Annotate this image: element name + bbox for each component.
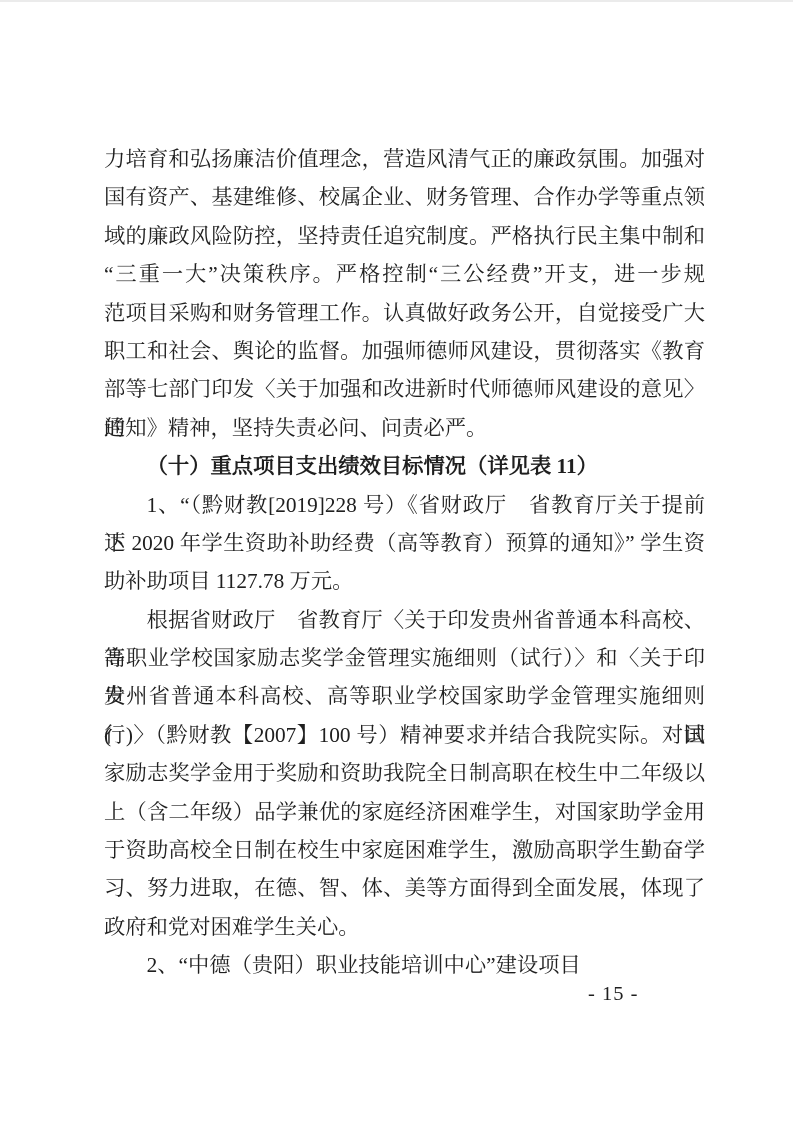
text-line: 政府和党对困难学生关心。 <box>104 908 705 946</box>
text-line: 职工和社会、舆论的监督。加强师德师风建设，贯彻落实《教育 <box>104 332 705 370</box>
text-line: 家励志奖学金用于奖励和资助我院全日制高职在校生中二年级以 <box>104 754 705 792</box>
text-line: 上（含二年级）品学兼优的家庭经济困难学生，对国家助学金用 <box>104 793 705 831</box>
text-line: 达 2020 年学生资助补助经费（高等教育）预算的通知》” 学生资 <box>104 524 705 562</box>
text-line: 2、“中德（贵阳）职业技能培训中心”建设项目 <box>104 946 705 984</box>
text-line: 等职业学校国家励志奖学金管理实施细则（试行）〉和〈关于印发 <box>104 639 705 677</box>
page-top-edge <box>0 0 793 2</box>
text-line: 通知》精神，坚持失责必问、问责必严。 <box>104 409 705 447</box>
text-line: 域的廉政风险防控，坚持责任追究制度。严格执行民主集中制和 <box>104 217 705 255</box>
text-line: 范项目采购和财务管理工作。认真做好政务公开，自觉接受广大 <box>104 294 705 332</box>
section-heading-line: （十）重点项目支出绩效目标情况（详见表 11） <box>104 447 705 485</box>
document-page-body: 力培育和弘扬廉洁价值理念，营造风清气正的廉政氛围。加强对国有资产、基建维修、校属… <box>104 140 705 985</box>
text-line: 于资助高校全日制在校生中家庭困难学生，激励高职学生勤奋学 <box>104 831 705 869</box>
text-line: 国有资产、基建维修、校属企业、财务管理、合作办学等重点领 <box>104 178 705 216</box>
text-line: 习、努力进取，在德、智、体、美等方面得到全面发展，体现了 <box>104 869 705 907</box>
text-line: 力培育和弘扬廉洁价值理念，营造风清气正的廉政氛围。加强对 <box>104 140 705 178</box>
text-line: 部等七部门印发〈关于加强和改进新时代师德师风建设的意见〉的 <box>104 370 705 408</box>
page-number: - 15 - <box>588 982 638 1006</box>
text-line: 根据省财政厅 省教育厅〈关于印发贵州省普通本科高校、高 <box>104 601 705 639</box>
text-line: “三重一大”决策秩序。严格控制“三公经费”开支，进一步规 <box>104 255 705 293</box>
text-line: 贵州省普通本科高校、高等职业学校国家助学金管理实施细则(试 <box>104 677 705 715</box>
text-line: 1、“（黔财教[2019]228 号）《省财政厅 省教育厅关于提前下 <box>104 486 705 524</box>
text-line: 行)〉（黔财教【2007】100 号）精神要求并结合我院实际。对国 <box>104 716 705 754</box>
text-line: 助补助项目 1127.78 万元。 <box>104 562 705 600</box>
